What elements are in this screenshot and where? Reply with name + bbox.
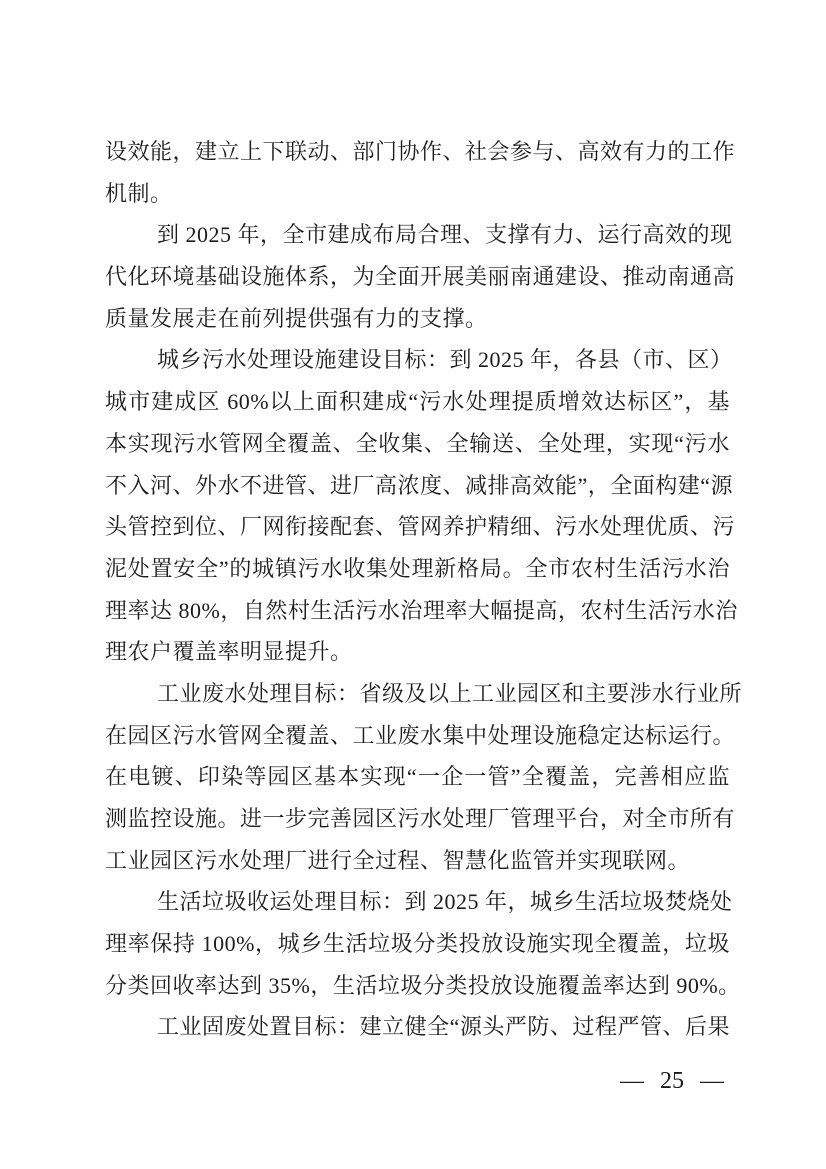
paragraph: 城乡污水处理设施建设目标：到 2025 年，各县（市、区） 城市建成区 60%以…	[105, 339, 730, 673]
text-line: 测监控设施。进一步完善园区污水处理厂管理平台，对全市所有	[105, 798, 730, 840]
text-line: 代化环境基础设施体系，为全面开展美丽南通建设、推动南通高	[105, 256, 730, 298]
page-footer: —25—	[620, 1066, 724, 1096]
text-line: 泥处置安全”的城镇污水收集处理新格局。全市农村生活污水治	[105, 548, 730, 590]
text-line: 理率保持 100%，城乡生活垃圾分类投放设施实现全覆盖，垃圾	[105, 923, 730, 965]
paragraph: 工业固废处置目标：建立健全“源头严防、过程严管、后果	[105, 1006, 730, 1048]
text-line: 工业固废处置目标：建立健全“源头严防、过程严管、后果	[105, 1006, 730, 1048]
page-number: 25	[660, 1066, 684, 1096]
text-line: 质量发展走在前列提供强有力的支撑。	[105, 298, 730, 340]
text-line: 头管控到位、厂网衔接配套、管网养护精细、污水处理优质、污	[105, 506, 730, 548]
paragraph: 到 2025 年，全市建成布局合理、支撑有力、运行高效的现 代化环境基础设施体系…	[105, 214, 730, 339]
paragraph: 工业废水处理目标：省级及以上工业园区和主要涉水行业所 在园区污水管网全覆盖、工业…	[105, 673, 730, 881]
text-line: 机制。	[105, 173, 730, 215]
text-line: 本实现污水管网全覆盖、全收集、全输送、全处理，实现“污水	[105, 423, 730, 465]
text-line: 到 2025 年，全市建成布局合理、支撑有力、运行高效的现	[105, 214, 730, 256]
text-line: 在园区污水管网全覆盖、工业废水集中处理设施稳定达标运行。	[105, 715, 730, 757]
text-line: 城市建成区 60%以上面积建成“污水处理提质增效达标区”，基	[105, 381, 730, 423]
text-line: 分类回收率达到 35%，生活垃圾分类投放设施覆盖率达到 90%。	[105, 965, 730, 1007]
text-line: 工业园区污水处理厂进行全过程、智慧化监管并实现联网。	[105, 840, 730, 882]
footer-dash-left: —	[620, 1066, 644, 1096]
document-page: 设效能，建立上下联动、部门协作、社会参与、高效有力的工作 机制。 到 2025 …	[0, 0, 826, 1169]
text-line: 生活垃圾收运处理目标：到 2025 年，城乡生活垃圾焚烧处	[105, 881, 730, 923]
paragraph: 设效能，建立上下联动、部门协作、社会参与、高效有力的工作 机制。	[105, 131, 730, 214]
paragraph: 生活垃圾收运处理目标：到 2025 年，城乡生活垃圾焚烧处 理率保持 100%，…	[105, 881, 730, 1006]
text-line: 工业废水处理目标：省级及以上工业园区和主要涉水行业所	[105, 673, 730, 715]
document-body: 设效能，建立上下联动、部门协作、社会参与、高效有力的工作 机制。 到 2025 …	[105, 131, 730, 1048]
text-line: 设效能，建立上下联动、部门协作、社会参与、高效有力的工作	[105, 131, 730, 173]
text-line: 在电镀、印染等园区基本实现“一企一管”全覆盖，完善相应监	[105, 756, 730, 798]
text-line: 理率达 80%，自然村生活污水治理率大幅提高，农村生活污水治	[105, 590, 730, 632]
text-line: 城乡污水处理设施建设目标：到 2025 年，各县（市、区）	[105, 339, 730, 381]
footer-dash-right: —	[700, 1066, 724, 1096]
text-line: 理农户覆盖率明显提升。	[105, 631, 730, 673]
text-line: 不入河、外水不进管、进厂高浓度、减排高效能”，全面构建“源	[105, 465, 730, 507]
